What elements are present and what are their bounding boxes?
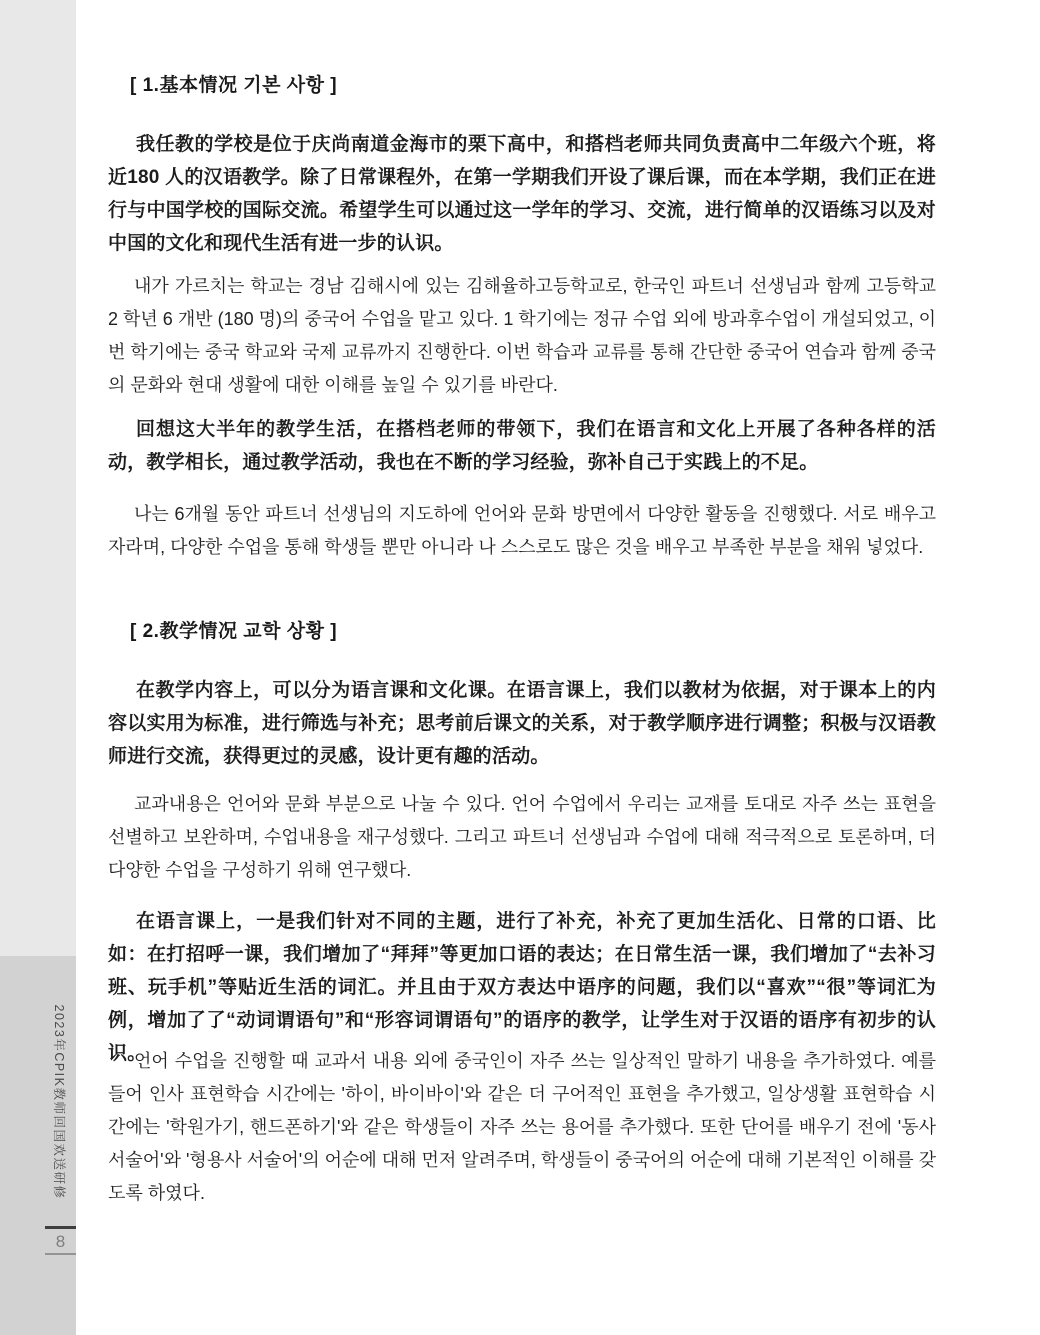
section-2-paragraph-ko-1: 교과내용은 언어와 문화 부분으로 나눌 수 있다. 언어 수업에서 우리는 교… — [108, 788, 936, 887]
page-number: 8 — [45, 1233, 76, 1250]
section-1-paragraph-zh-1: 我任教的学校是位于庆尚南道金海市的栗下高中，和搭档老师共同负责高中二年级六个班，… — [108, 128, 936, 260]
page-number-block: 8 — [45, 1226, 76, 1255]
section-1-paragraph-zh-2: 回想这大半年的教学生活，在搭档老师的带领下，我们在语言和文化上开展了各种各样的活… — [108, 413, 936, 479]
report-page: 2023年CPIK教师回国欢送研修 8 [ 1.基本情况 기본 사항 ] 我任教… — [0, 0, 1040, 1335]
section-2-paragraph-ko-2: 언어 수업을 진행할 때 교과서 내용 외에 중국인이 자주 쓰는 일상적인 말… — [108, 1045, 936, 1210]
section-1-heading: [ 1.基本情况 기본 사항 ] — [108, 70, 958, 97]
section-2-heading: [ 2.教学情况 교학 상황 ] — [108, 616, 958, 643]
section-2-paragraph-zh-1: 在教学内容上，可以分为语言课和文化课。在语言课上，我们以教材为依据，对于课本上的… — [108, 674, 936, 773]
section-1-paragraph-ko-2: 나는 6개월 동안 파트너 선생님의 지도하에 언어와 문화 방면에서 다양한 … — [108, 498, 936, 564]
section-1-paragraph-ko-1: 내가 가르치는 학교는 경남 김해시에 있는 김해율하고등학교로, 한국인 파트… — [108, 270, 936, 402]
side-strip-upper — [0, 0, 76, 956]
chapter-tab-vertical-label: 2023年CPIK教师回国欢送研修 — [51, 1005, 69, 1200]
